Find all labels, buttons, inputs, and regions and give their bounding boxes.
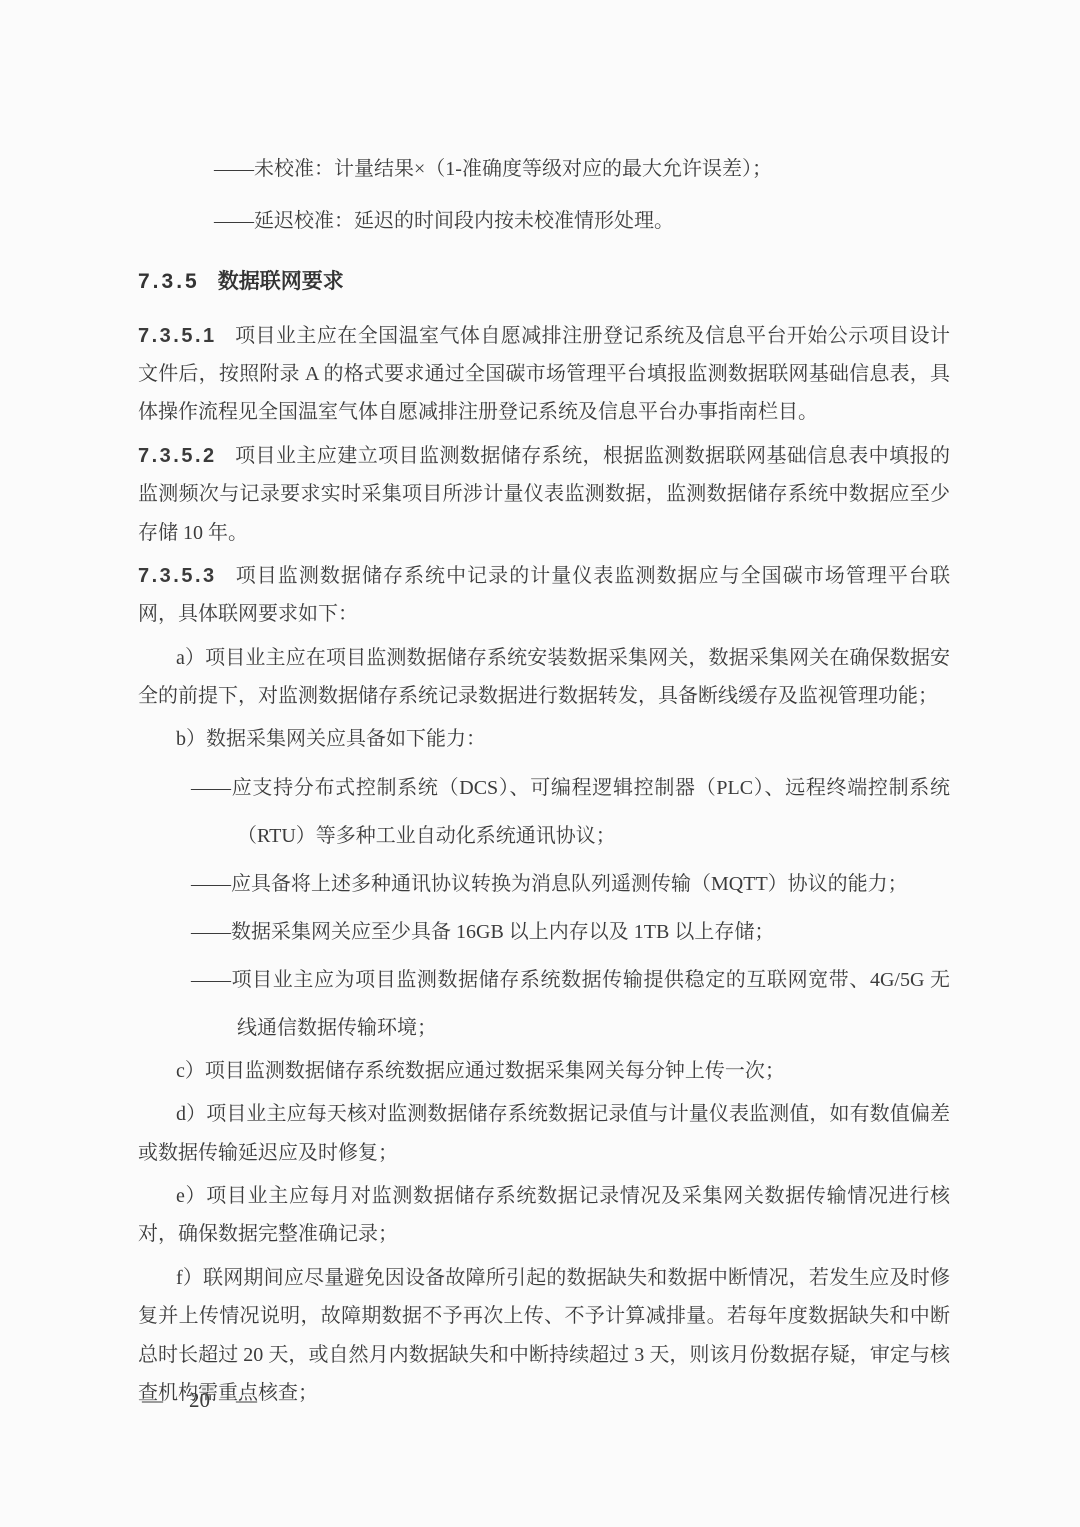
clause-number-7-3-5-1: 7.3.5.1 <box>138 325 217 347</box>
calibration-rule-delayed: ——延迟校准：延迟的时间段内按未校准情形处理。 <box>214 202 950 240</box>
clause-text-7-3-5-2: 项目业主应建立项目监测数据储存系统，根据监测数据联网基础信息表中填报的监测频次与… <box>138 445 950 544</box>
list-item-f: f）联网期间应尽量避免因设备故障所引起的数据缺失和数据中断情况，若发生应及时修复… <box>138 1259 950 1413</box>
gateway-capability-protocols: ——应支持分布式控制系统（DCS）、可编程逻辑控制器（PLC）、远程终端控制系统… <box>138 764 950 860</box>
clause-number-7-3-5-2: 7.3.5.2 <box>138 445 217 467</box>
calibration-rule-uncalibrated: ——未校准：计量结果×（1-准确度等级对应的最大允许误差）； <box>214 150 950 188</box>
list-item-d: d）项目业主应每天核对监测数据储存系统数据记录值与计量仪表监测值，如有数值偏差或… <box>138 1095 950 1172</box>
clause-text-7-3-5-1: 项目业主应在全国温室气体自愿减排注册登记系统及信息平台开始公示项目设计文件后，按… <box>138 325 950 424</box>
list-item-b: b）数据采集网关应具备如下能力： <box>138 720 950 758</box>
list-item-c: c）项目监测数据储存系统数据应通过数据采集网关每分钟上传一次； <box>138 1052 950 1090</box>
clause-text-7-3-5-3: 项目监测数据储存系统中记录的计量仪表监测数据应与全国碳市场管理平台联网，具体联网… <box>138 565 950 625</box>
section-heading: 7.3.5数据联网要求 <box>138 263 950 301</box>
section-heading-title: 数据联网要求 <box>218 270 344 293</box>
list-item-a: a）项目业主应在项目监测数据储存系统安装数据采集网关，数据采集网关在确保数据安全… <box>138 639 950 716</box>
clause-7-3-5-1: 7.3.5.1项目业主应在全国温室气体自愿减排注册登记系统及信息平台开始公示项目… <box>138 317 950 432</box>
gateway-capability-storage: ——数据采集网关应至少具备 16GB 以上内存以及 1TB 以上存储； <box>138 908 950 956</box>
document-page: ——未校准：计量结果×（1-准确度等级对应的最大允许误差）； ——延迟校准：延迟… <box>0 0 1080 1527</box>
gateway-capability-mqtt: ——应具备将上述多种通讯协议转换为消息队列遥测传输（MQTT）协议的能力； <box>138 860 950 908</box>
footer-left-dash: — <box>142 1388 163 1413</box>
clause-7-3-5-3: 7.3.5.3项目监测数据储存系统中记录的计量仪表监测数据应与全国碳市场管理平台… <box>138 557 950 634</box>
page-body: ——未校准：计量结果×（1-准确度等级对应的最大允许误差）； ——延迟校准：延迟… <box>138 150 950 1417</box>
clause-7-3-5-2: 7.3.5.2项目业主应建立项目监测数据储存系统，根据监测数据联网基础信息表中填… <box>138 437 950 552</box>
footer-right-dash: — <box>236 1388 257 1413</box>
page-number: 20 <box>189 1388 210 1413</box>
clause-number-7-3-5-3: 7.3.5.3 <box>138 565 217 587</box>
list-item-e: e）项目业主应每月对监测数据储存系统数据记录情况及采集网关数据传输情况进行核对，… <box>138 1177 950 1254</box>
page-footer: — 20 — <box>142 1388 257 1413</box>
gateway-capability-network: ——项目业主应为项目监测数据储存系统数据传输提供稳定的互联网宽带、4G/5G 无… <box>138 956 950 1052</box>
section-heading-number: 7.3.5 <box>138 270 200 293</box>
